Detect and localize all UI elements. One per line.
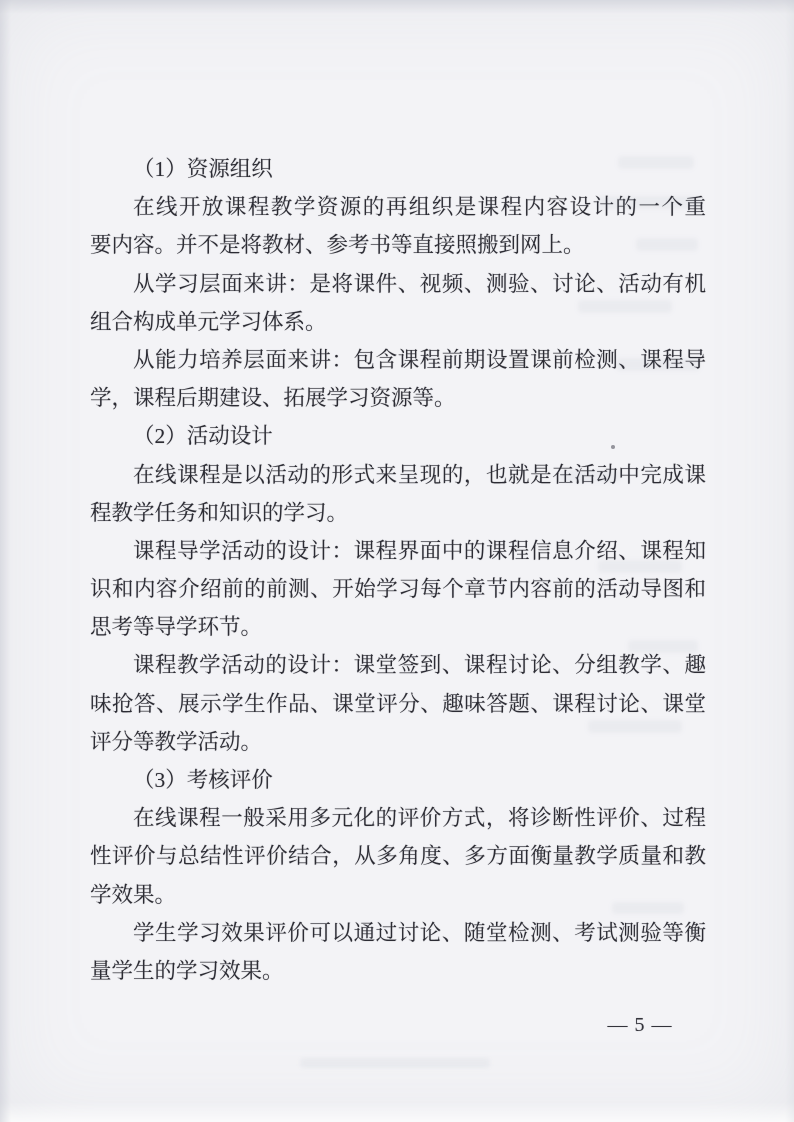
text-line: 量学生的学习效果。: [90, 952, 706, 990]
text-line: 要内容。并不是将教材、参考书等直接照搬到网上。: [90, 226, 706, 264]
text-line: 从能力培养层面来讲：包含课程前期设置课前检测、课程导: [90, 341, 706, 379]
text-line: 学效果。: [90, 876, 706, 914]
scanned-document-page: （1）资源组织在线开放课程教学资源的再组织是课程内容设计的一个重要内容。并不是将…: [0, 0, 794, 1122]
text-line: （1）资源组织: [90, 150, 706, 188]
text-line: 在线课程是以活动的形式来呈现的，也就是在活动中完成课: [90, 456, 706, 494]
text-line: 性评价与总结性评价结合，从多角度、多方面衡量教学质量和教: [90, 837, 706, 875]
text-line: 从学习层面来讲：是将课件、视频、测验、讨论、活动有机: [90, 265, 706, 303]
text-line: （3）考核评价: [90, 761, 706, 799]
text-line: 味抢答、展示学生作品、课堂评分、趣味答题、课程讨论、课堂: [90, 685, 706, 723]
bleed-through-mark: [300, 1058, 490, 1068]
text-line: 学生学习效果评价可以通过讨论、随堂检测、考试测验等衡: [90, 914, 706, 952]
scan-speck: [611, 445, 615, 449]
document-body: （1）资源组织在线开放课程教学资源的再组织是课程内容设计的一个重要内容。并不是将…: [90, 150, 706, 990]
text-line: 课程导学活动的设计：课程界面中的课程信息介绍、课程知: [90, 532, 706, 570]
page-number: — 5 —: [600, 1014, 680, 1037]
text-line: 课程教学活动的设计：课堂签到、课程讨论、分组教学、趣: [90, 646, 706, 684]
text-line: 评分等教学活动。: [90, 723, 706, 761]
text-line: 程教学任务和知识的学习。: [90, 494, 706, 532]
text-line: 在线课程一般采用多元化的评价方式，将诊断性评价、过程: [90, 799, 706, 837]
text-line: 组合构成单元学习体系。: [90, 303, 706, 341]
text-line: 学，课程后期建设、拓展学习资源等。: [90, 379, 706, 417]
text-line: 在线开放课程教学资源的再组织是课程内容设计的一个重: [90, 188, 706, 226]
text-line: 思考等导学环节。: [90, 608, 706, 646]
text-line: 识和内容介绍前的前测、开始学习每个章节内容前的活动导图和: [90, 570, 706, 608]
text-line: （2）活动设计: [90, 417, 706, 455]
